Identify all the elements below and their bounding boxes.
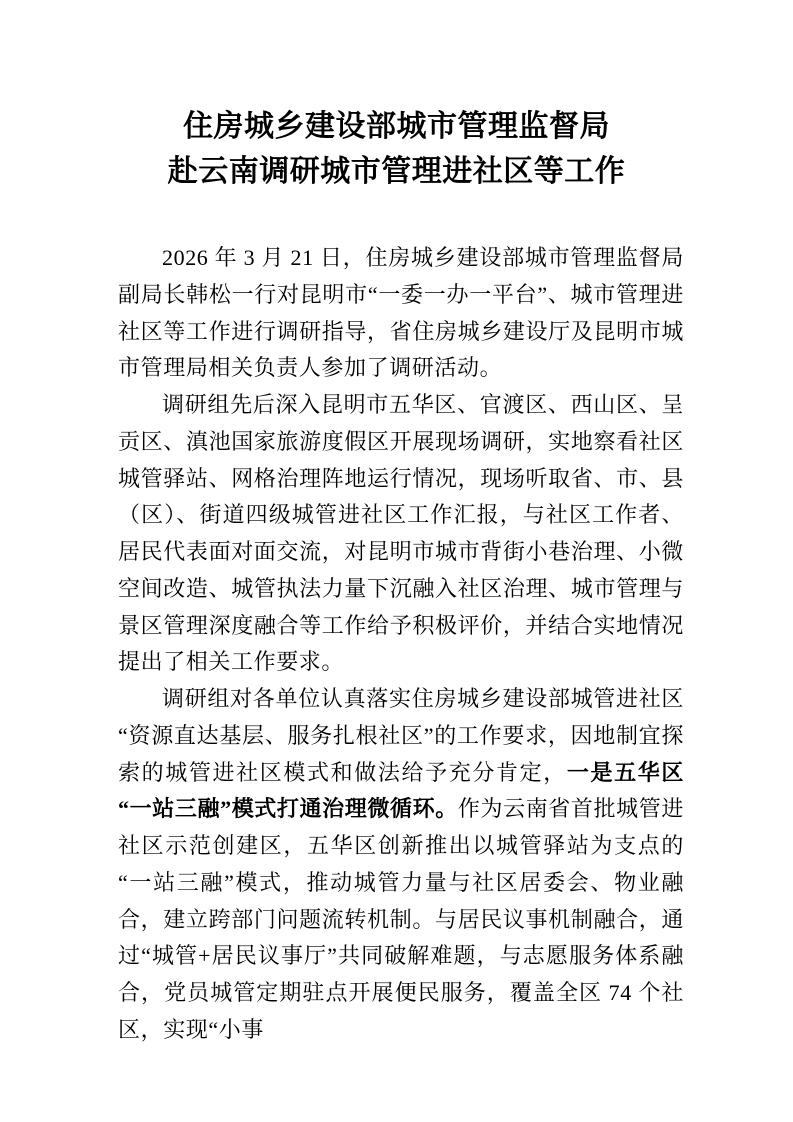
text-run: 作为云南省首批城管进社区示范创建区，五华区创新推出以城管驿站为支点的“一站三融”… — [118, 796, 684, 1042]
body-paragraph: 调研组先后深入昆明市五华区、官渡区、西山区、呈贡区、滇池国家旅游度假区开展现场调… — [118, 387, 684, 681]
text-run: 调研组先后深入昆明市五华区、官渡区、西山区、呈贡区、滇池国家旅游度假区开展现场调… — [118, 392, 684, 674]
document-title: 住房城乡建设部城市管理监督局 赴云南调研城市管理进社区等工作 — [0, 104, 793, 194]
document-title-line-2: 赴云南调研城市管理进社区等工作 — [0, 149, 793, 194]
document-body: 2026 年 3 月 21 日，住房城乡建设部城市管理监督局副局长韩松一行对昆明… — [118, 240, 684, 1049]
body-paragraph: 2026 年 3 月 21 日，住房城乡建设部城市管理监督局副局长韩松一行对昆明… — [118, 240, 684, 387]
document-title-line-1: 住房城乡建设部城市管理监督局 — [0, 104, 793, 149]
body-paragraph: 调研组对各单位认真落实住房城乡建设部城管进社区“资源直达基层、服务扎根社区”的工… — [118, 681, 684, 1049]
text-run: 2026 年 3 月 21 日，住房城乡建设部城市管理监督局副局长韩松一行对昆明… — [118, 245, 684, 380]
document-page: 住房城乡建设部城市管理监督局 赴云南调研城市管理进社区等工作 2026 年 3 … — [0, 0, 793, 1122]
